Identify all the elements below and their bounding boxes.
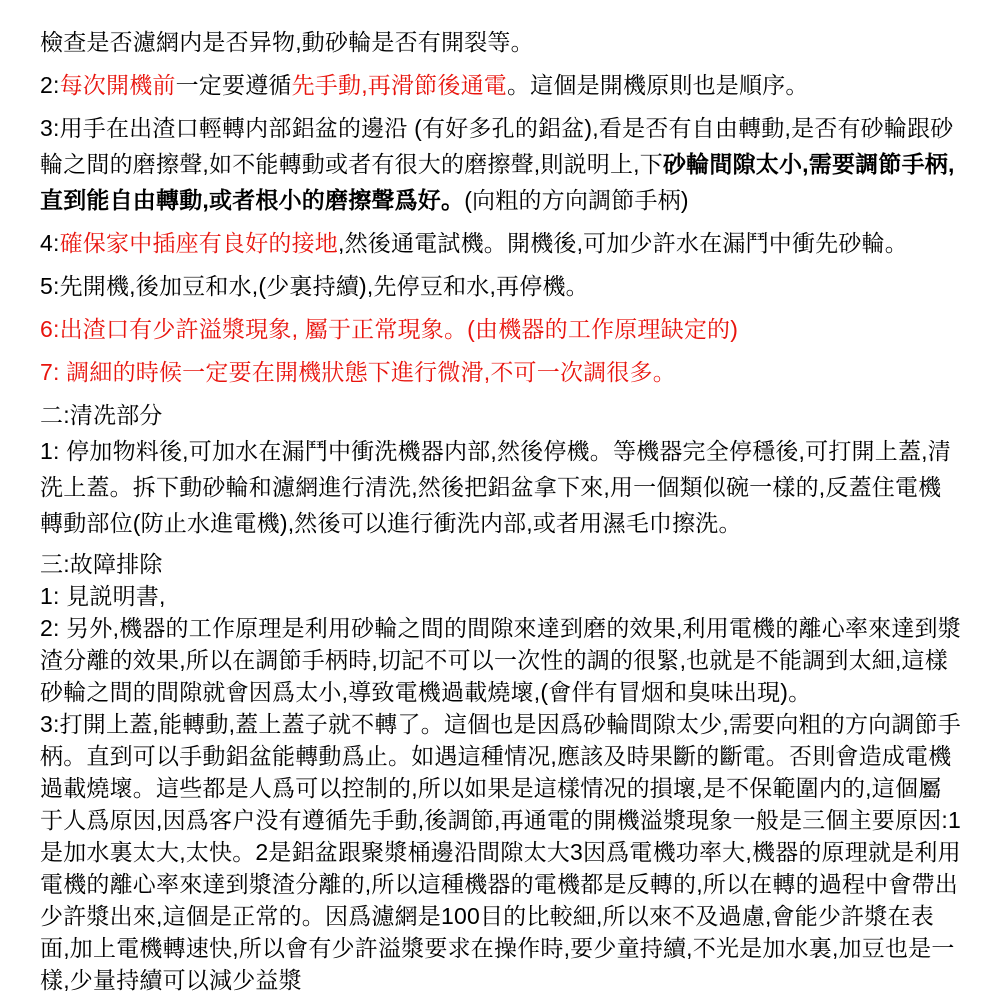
step-2-segment-0: 2: xyxy=(40,72,60,98)
step-5: 5:先開機,後加豆和水,(少裏持續),先停豆和水,再停機。 xyxy=(40,268,962,304)
section-3-item-2-segment-0: 2: 另外,機器的工作原理是利用砂輪之間的間隙來達到磨的效果,利用電機的離心率來… xyxy=(40,615,961,705)
step-2-segment-2: 一定要遵循 xyxy=(176,72,292,98)
section-2-heading-segment-0: 二:清冼部分 xyxy=(40,402,163,428)
manual-document-page: 檢查是否濾網内是否异物,動砂輪是否有開裂等。2:每次開機前一定要遵循先手動,再滑… xyxy=(0,0,1000,1000)
section-3-item-2: 2: 另外,機器的工作原理是利用砂輪之間的間隙來達到磨的效果,利用電機的離心率來… xyxy=(40,612,962,708)
step-4-segment-1: 確保家中插座有良好的接地 xyxy=(60,230,338,256)
section-3-item-3: 3:打開上蓋,能轉動,蓋上蓋子就不轉了。這個也是因爲砂輪間隙太少,需要向粗的方向… xyxy=(40,708,962,996)
intro-line-segment-0: 檢查是否濾網内是否异物,動砂輪是否有開裂等。 xyxy=(40,29,534,55)
section-3-item-3-segment-0: 3:打開上蓋,能轉動,蓋上蓋子就不轉了。這個也是因爲砂輪間隙太少,需要向粗的方向… xyxy=(40,711,961,993)
section-3-heading: 三:故障排除 xyxy=(40,548,962,580)
section-3-item-1-segment-0: 1: 見説明書, xyxy=(40,583,166,609)
section-3-heading-segment-0: 三:故障排除 xyxy=(40,551,163,577)
step-3: 3:用手在出渣口輕轉内部鋁盆的邊沿 (有好多孔的鋁盆),看是否有自由轉動,是否有… xyxy=(40,110,962,218)
document-text-body: 檢查是否濾網内是否异物,動砂輪是否有開裂等。2:每次開機前一定要遵循先手動,再滑… xyxy=(40,24,962,996)
intro-line: 檢查是否濾網内是否异物,動砂輪是否有開裂等。 xyxy=(40,24,962,60)
section-3-item-1: 1: 見説明書, xyxy=(40,580,962,612)
section-2-body-segment-0: 1: 停加物料後,可加水在漏鬥中衝洗機器内部,然後停機。等機器完全停穩後,可打開… xyxy=(40,438,951,536)
step-4: 4:確保家中插座有良好的接地,然後通電試機。開機後,可加少許水在漏鬥中衝先砂輪。 xyxy=(40,225,962,261)
step-7: 7: 調細的時候一定要在開機狀態下進行微滑,不可一次調很多。 xyxy=(40,354,962,390)
step-3-segment-2: (向粗的方向調節手柄) xyxy=(464,187,689,213)
step-2: 2:每次開機前一定要遵循先手動,再滑節後通電。這個是開機原則也是順序。 xyxy=(40,67,962,103)
step-4-segment-2: ,然後通電試機。開機後,可加少許水在漏鬥中衝先砂輪。 xyxy=(338,230,908,256)
section-2-heading: 二:清冼部分 xyxy=(40,397,962,433)
step-2-segment-3: 先手動,再滑節後通電 xyxy=(292,72,507,98)
step-5-segment-0: 5:先開機,後加豆和水,(少裏持續),先停豆和水,再停機。 xyxy=(40,273,589,299)
step-2-segment-1: 每次開機前 xyxy=(60,72,176,98)
step-7-segment-0: 7: 調細的時候一定要在開機狀態下進行微滑,不可一次調很多。 xyxy=(40,359,676,385)
step-6-segment-0: 6:出渣口有少許溢漿現象, 屬于正常現象。(由機器的工作原理缺定的) xyxy=(40,316,738,342)
section-2-body: 1: 停加物料後,可加水在漏鬥中衝洗機器内部,然後停機。等機器完全停穩後,可打開… xyxy=(40,433,962,541)
step-2-segment-4: 。這個是開機原則也是順序。 xyxy=(507,72,809,98)
step-6: 6:出渣口有少許溢漿現象, 屬于正常現象。(由機器的工作原理缺定的) xyxy=(40,311,962,347)
step-4-segment-0: 4: xyxy=(40,230,60,256)
